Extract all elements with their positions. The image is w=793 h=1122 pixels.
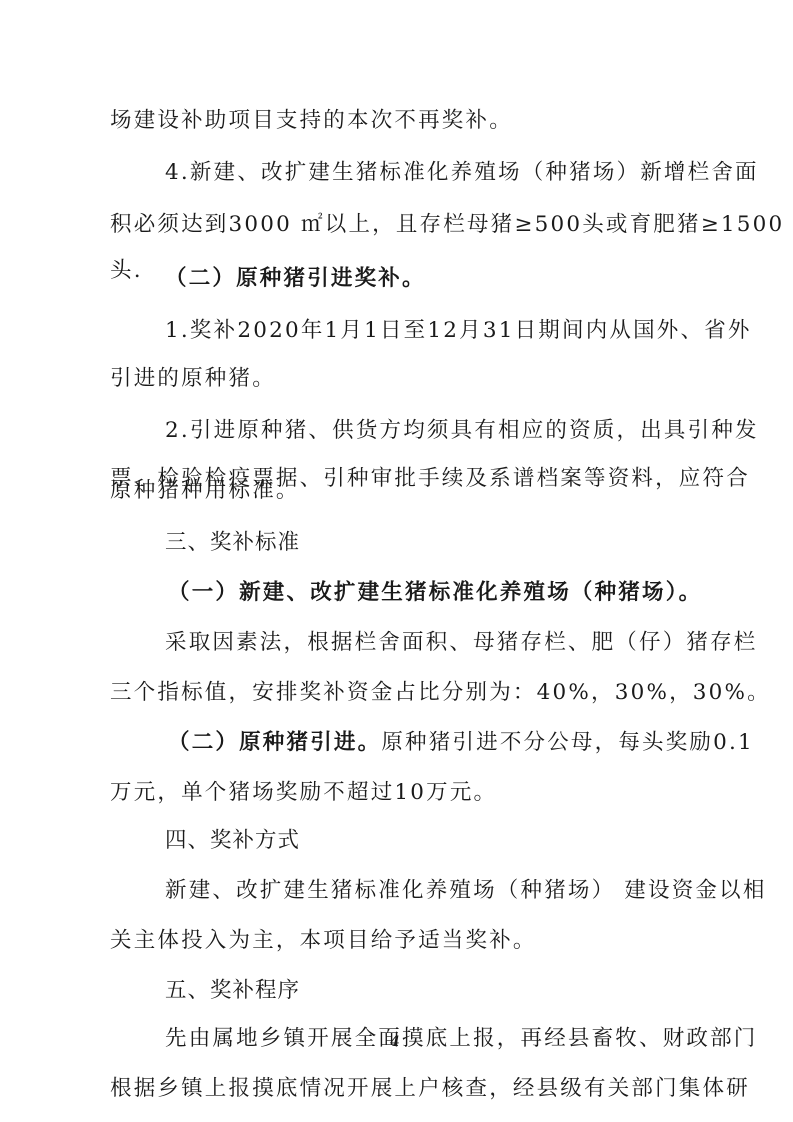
- paragraph-line: 1.奖补2020年1月1日至12月31日期间内从国外、省外: [165, 318, 745, 344]
- inline-text: 原种猪引进不分公母，每头奖励0.1: [381, 730, 754, 755]
- page-number: 4: [390, 1034, 400, 1050]
- paragraph-line: 引进的原种猪。: [110, 366, 690, 392]
- section-heading: 五、奖补程序: [165, 978, 745, 1004]
- paragraph-line: 万元，单个猪场奖励不超过10万元。: [110, 780, 690, 806]
- paragraph-line: 三个指标值，安排奖补资金占比分别为：40%，30%，30%。: [110, 680, 690, 706]
- paragraph-line: 先由属地乡镇开展全面摸底上报，再经县畜牧、财政部门: [165, 1026, 745, 1052]
- paragraph-line: 2.引进原种猪、供货方均须具有相应的资质，出具引种发: [165, 418, 745, 444]
- paragraph-line: 关主体投入为主，本项目给予适当奖补。: [110, 928, 690, 954]
- paragraph-line: 采取因素法，根据栏舍面积、母猪存栏、肥（仔）猪存栏: [165, 630, 745, 656]
- section-subheading: （二）原种猪引进奖补。: [165, 266, 745, 292]
- section-heading: 四、奖补方式: [165, 828, 745, 854]
- paragraph-line: 新建、改扩建生猪标准化养殖场（种猪场） 建设资金以相: [165, 878, 745, 904]
- paragraph-line: 原种猪种用标准。: [110, 478, 690, 504]
- paragraph-line: （二）原种猪引进。原种猪引进不分公母，每头奖励0.1: [168, 730, 748, 756]
- paragraph-line: 场建设补助项目支持的本次不再奖补。: [110, 108, 690, 134]
- paragraph-line: 4.新建、改扩建生猪标准化养殖场（种猪场）新增栏舍面: [165, 160, 745, 186]
- paragraph-line: 积必须达到3000 ㎡以上，且存栏母猪≥500头或育肥猪≥1500: [110, 212, 690, 238]
- inline-subheading: （二）原种猪引进。: [168, 730, 381, 755]
- section-subheading: （一）新建、改扩建生猪标准化养殖场（种猪场）。: [168, 580, 748, 606]
- paragraph-line: 根据乡镇上报摸底情况开展上户核查，经县级有关部门集体研: [110, 1076, 690, 1102]
- section-heading: 三、奖补标准: [165, 530, 745, 556]
